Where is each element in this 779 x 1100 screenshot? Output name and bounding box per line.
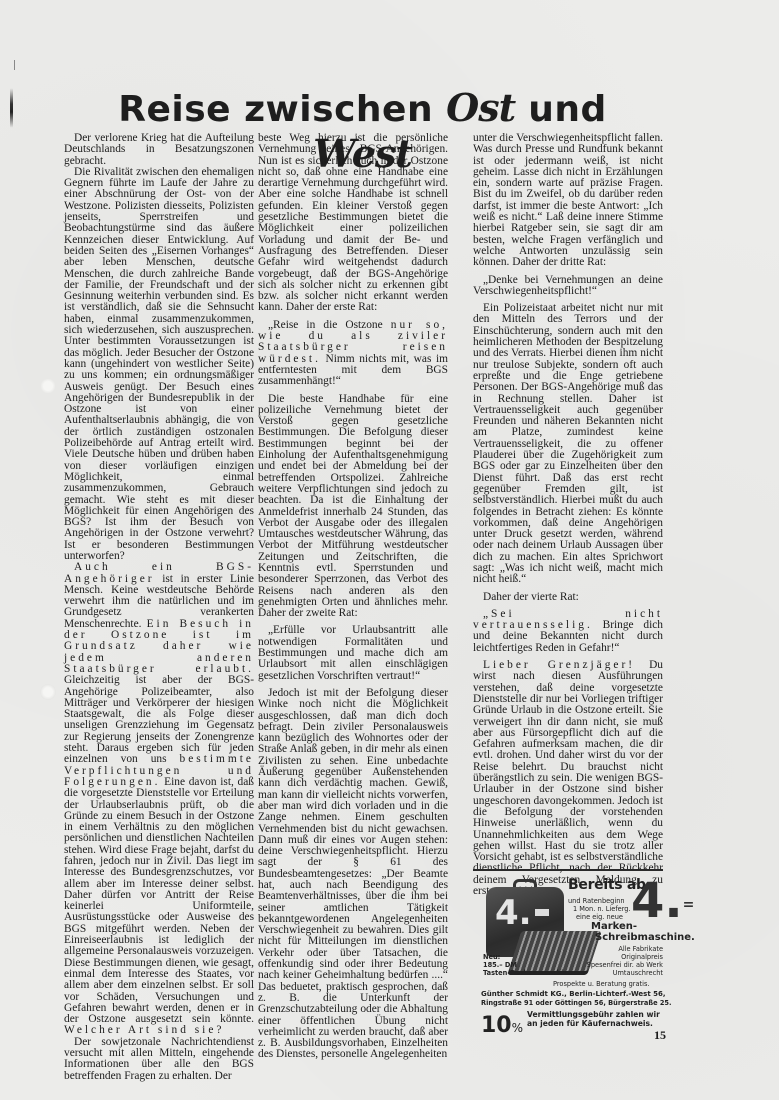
text: Gleichzeitig ist aber der BGS-Angehörige… bbox=[64, 674, 254, 765]
magazine-page: Reise zwischen Ost und West Der verloren… bbox=[0, 0, 779, 1100]
paragraph: Der verlorene Krieg hat die Aufteilung D… bbox=[64, 133, 254, 167]
paragraph: Daher der vierte Rat: bbox=[473, 592, 663, 603]
ad-text: 1 Mon. n. Lieferg. bbox=[573, 905, 631, 913]
page-number: 15 bbox=[654, 1028, 666, 1043]
ad-text: an jeden für Käufernachweis. bbox=[527, 1020, 653, 1028]
ad-text: Originalpreis bbox=[621, 953, 663, 961]
ad-big-price: 4.= bbox=[631, 877, 694, 925]
text: Du wirst nach diesen Ausführungen verste… bbox=[473, 659, 663, 897]
ad-text: Tasten-Rechenmaschine. bbox=[483, 969, 575, 977]
paragraph: Die Rivalität zwischen den ehemaligen Ge… bbox=[64, 167, 254, 562]
paragraph: Jedoch ist mit der Befolgung dieser Wink… bbox=[258, 688, 448, 1061]
article-title: Reise zwischen Ost und West bbox=[100, 86, 625, 130]
emphasis: Lieber Grenzjäger! bbox=[483, 659, 635, 671]
punch-hole bbox=[40, 378, 56, 394]
margin-tick bbox=[14, 60, 15, 70]
advice-quote-2: „Erfülle vor Urlaubsantritt alle notwend… bbox=[258, 625, 448, 681]
paragraph: Die beste Handhabe für eine polizeiliche… bbox=[258, 394, 448, 620]
paragraph: Der sowjetzonale Nachrichtendienst versu… bbox=[64, 1037, 254, 1082]
case-price-dash bbox=[535, 909, 549, 916]
price-suffix: = bbox=[683, 897, 695, 913]
ad-address: Ringstraße 91 oder Göttingen 56, Bürgers… bbox=[481, 999, 672, 1007]
title-text: Reise zwischen bbox=[118, 89, 446, 130]
ad-text: Alle Fabrikate bbox=[618, 945, 663, 953]
paragraph: Auch ein BGS-Angehöriger ist in erster L… bbox=[64, 562, 254, 1036]
ad-text: Neu: bbox=[483, 953, 500, 961]
title-und: und bbox=[515, 89, 607, 130]
text: Eine davon ist, daß die vorgesetzte Dien… bbox=[64, 776, 254, 1025]
punch-hole bbox=[40, 684, 56, 700]
ad-brand: Schreibmaschine. bbox=[595, 932, 695, 943]
ad-text: Vermittlungsgebühr zahlen wir bbox=[527, 1011, 660, 1019]
paragraph: Ein Polizeistaat arbeitet nicht nur mit … bbox=[473, 303, 663, 585]
pct-sign: % bbox=[512, 1021, 523, 1035]
ad-brand: Marken- bbox=[591, 921, 637, 932]
ad-text: und Ratenbeginn bbox=[568, 897, 625, 905]
paragraph: beste Weg hierzu ist die persönliche Ver… bbox=[258, 133, 448, 314]
margin-mark bbox=[10, 88, 13, 128]
pct-value: 10 bbox=[481, 1013, 512, 1038]
article-column-1: Der verlorene Krieg hat die Aufteilung D… bbox=[64, 133, 254, 1082]
emphasis: Welcher Art sind sie? bbox=[64, 1024, 224, 1036]
advice-quote-3: „Denke bei Vernehmungen an deine Verschw… bbox=[473, 275, 663, 298]
ad-commission: 10% bbox=[481, 1015, 523, 1039]
case-price: 4. bbox=[495, 895, 532, 931]
price-value: 4. bbox=[631, 873, 683, 929]
text: „Reise in die Ostzone bbox=[268, 319, 391, 331]
ad-text: Umtauschrecht bbox=[613, 969, 663, 977]
paragraph: Lieber Grenzjäger! Du wirst nach diesen … bbox=[473, 660, 663, 897]
ad-text: Prospekte u. Beratung gratis. bbox=[553, 980, 650, 988]
advice-quote-4: „Sei nicht vertrauensselig. Bringe dich … bbox=[473, 609, 663, 654]
title-ost: Ost bbox=[446, 85, 515, 130]
article-column-3: unter die Verschwiegenheitspflicht falle… bbox=[473, 133, 663, 897]
paragraph: unter die Verschwiegenheitspflicht falle… bbox=[473, 133, 663, 269]
ad-text: 185.– DM bbox=[483, 961, 517, 969]
advice-quote-1: „Reise in die Ostzone nur so, wie du als… bbox=[258, 320, 448, 388]
ad-text: eine eig. neue bbox=[576, 913, 623, 921]
ad-text: Spesenfrei dir. ab Werk bbox=[587, 961, 663, 969]
typewriter-advertisement: 4. Bereits ab 4.= und Ratenbeginn 1 Mon.… bbox=[473, 873, 673, 1043]
advertisement-divider bbox=[473, 869, 663, 871]
article-column-2: beste Weg hierzu ist die persönliche Ver… bbox=[258, 133, 448, 1061]
ad-company: Günther Schmidt KG., Berlin-Lichterf.-We… bbox=[481, 990, 666, 998]
